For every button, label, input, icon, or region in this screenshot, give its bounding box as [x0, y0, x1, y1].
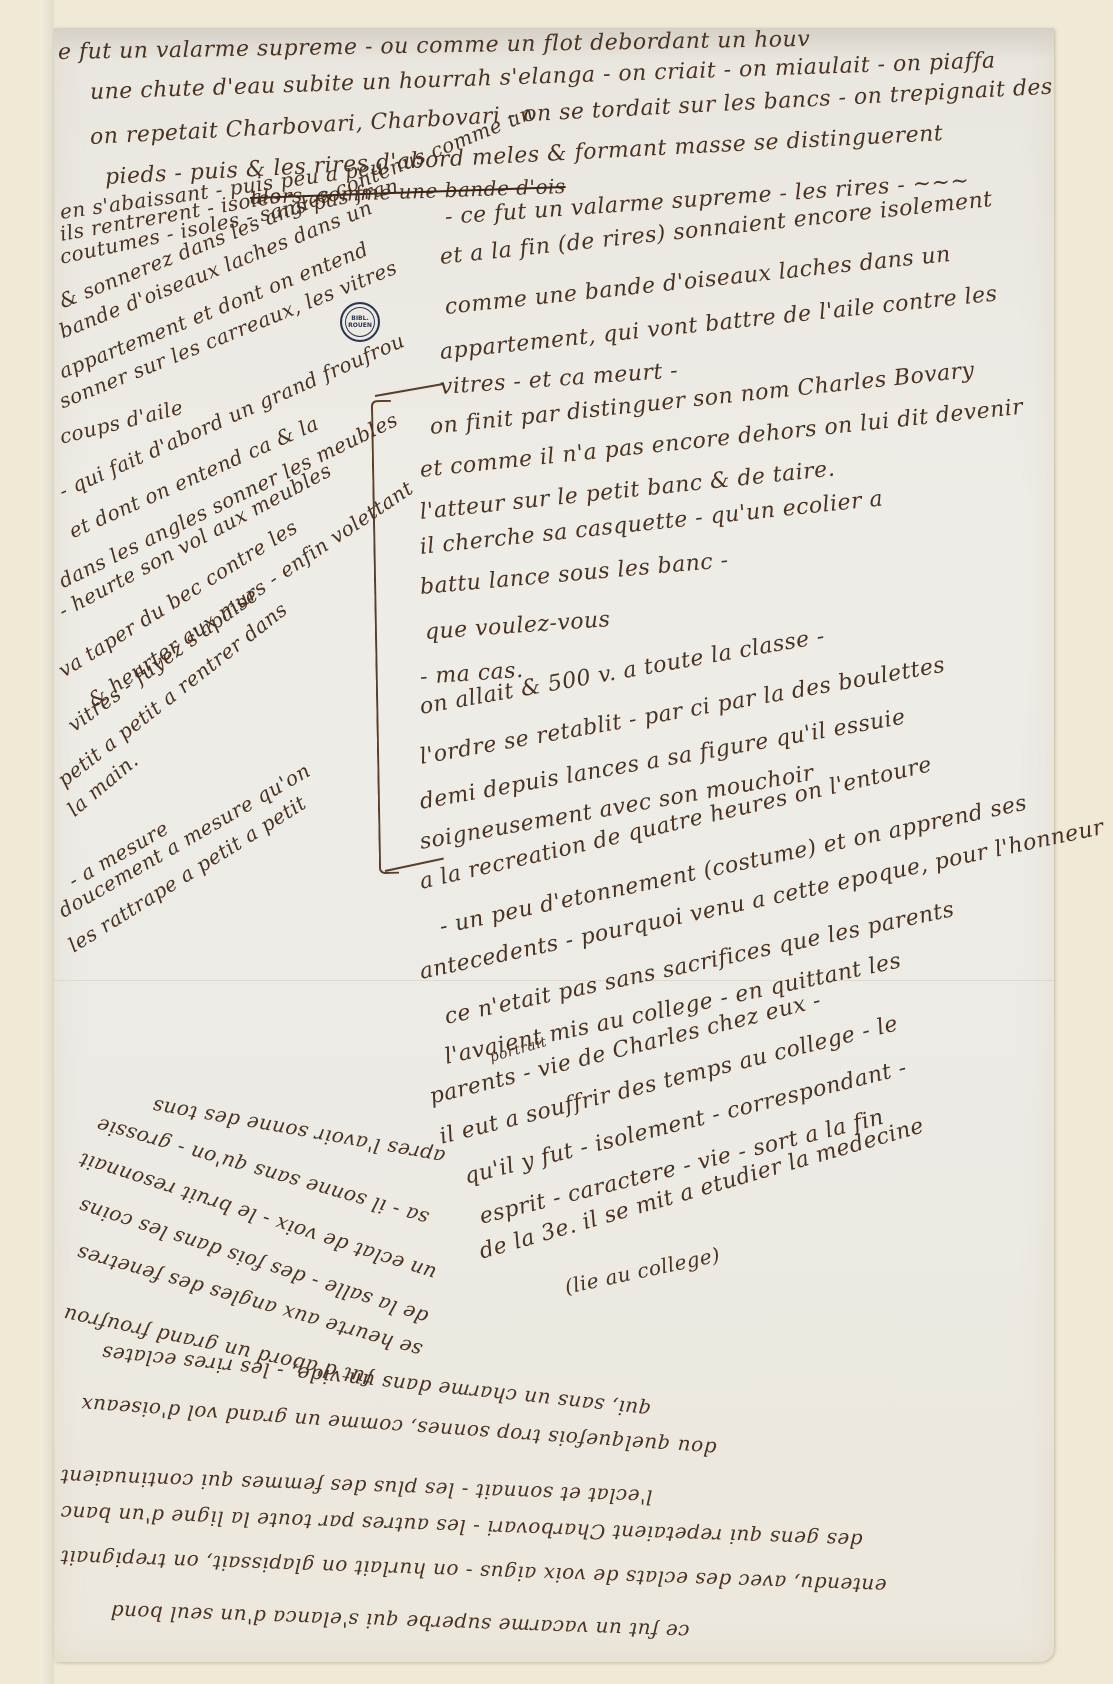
inverted-manuscript-line: l'eclat et sonnait - les plus des femmes… — [60, 1465, 653, 1510]
inverted-text-block: apres l'avoir sonne des tonssa - il sonn… — [0, 0, 1113, 1684]
inverted-manuscript-line: ce fut un vacarme superbe qui s'elanca d… — [110, 1600, 690, 1644]
inverted-manuscript-line: des gens qui repetaient Charbovari - les… — [60, 1501, 863, 1553]
inverted-manuscript-line: entendu, avec des eclats de voix aigus -… — [60, 1546, 887, 1599]
